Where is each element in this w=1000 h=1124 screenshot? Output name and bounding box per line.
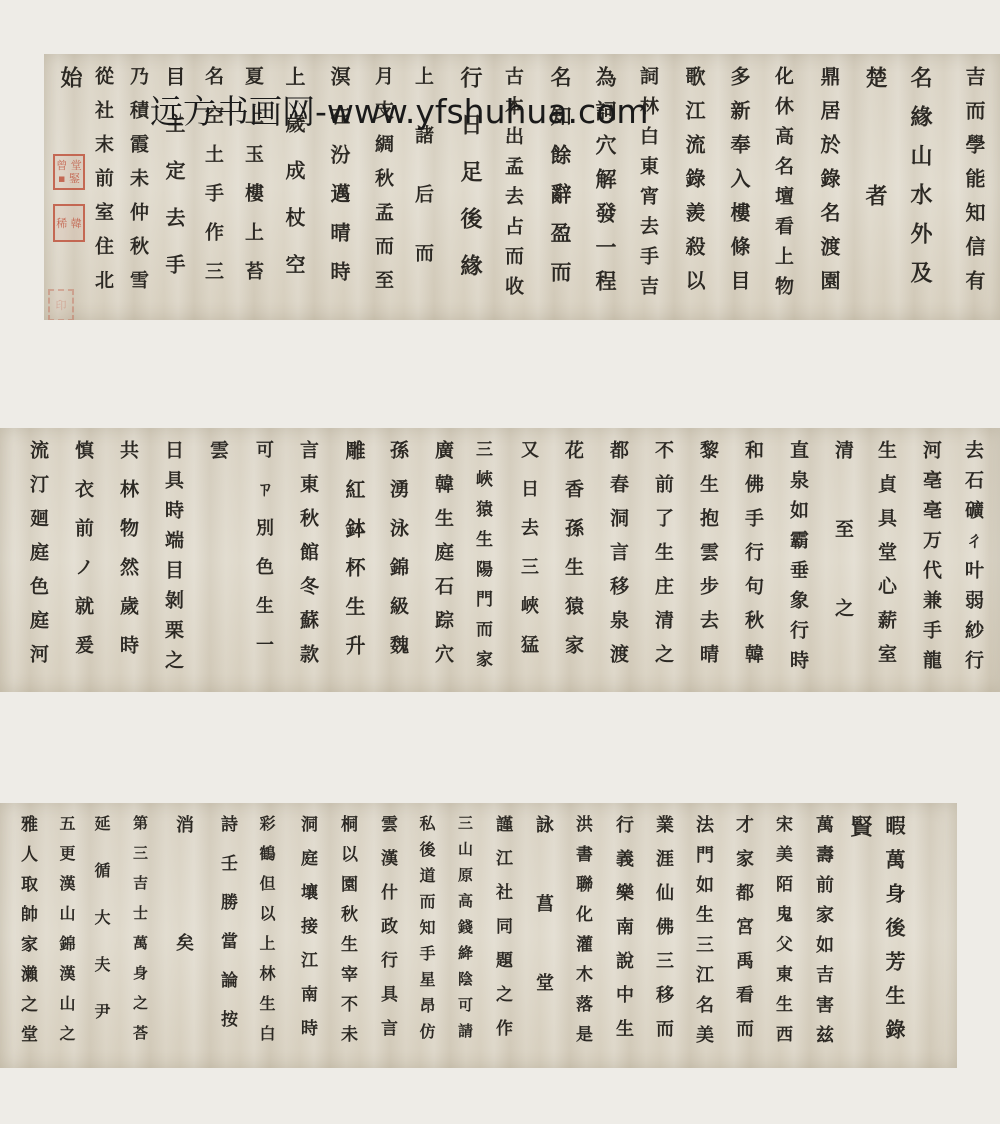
calligraphy-column: 多新奉入樓條目 (725, 66, 754, 304)
calligraphy-column: 謹江社同題之作 (490, 815, 515, 1053)
scroll-section-middle: 去石礦ㄔ叶弱紗行河亳亳万代兼手龍生貞具堂心薪室清至之直泉如霸垂象行時和佛手行句秋… (0, 428, 1000, 692)
seal-stamp: 印 (48, 289, 74, 320)
seal-stamp: 曾 堂 ▪ 鋻 (53, 154, 85, 190)
calligraphy-column: 雅人取帥家瀨之堂 (15, 815, 40, 1055)
calligraphy-column: 消矣 (170, 815, 196, 1051)
calligraphy-column: 可ㄗ別色生一 (250, 440, 276, 674)
calligraphy-column: 賢 (845, 815, 876, 1051)
calligraphy-column: 吉而學能知信有 (960, 66, 989, 304)
watermark-text: 远方书画网-www.yfshuhua.com (150, 86, 649, 133)
calligraphy-column: 詩壬勝當論按 (215, 815, 240, 1049)
calligraphy-column: 法門如生三江名美 (690, 815, 716, 1055)
calligraphy-column: 延循大夫尹 (90, 815, 113, 1050)
calligraphy-column: 孫湧泳錦級魏 (385, 440, 412, 674)
calligraphy-column: 雲漢什政行具言 (375, 815, 400, 1053)
calligraphy-column: 歌江流錄羨殺以 (680, 66, 709, 304)
calligraphy-column: 才家都宮禹看而 (730, 815, 756, 1053)
seal-stamp: 稀 韓 (53, 204, 85, 242)
calligraphy-column: 乃積霞未仲秋雪 (125, 66, 152, 304)
calligraphy-column: 五更漢山錦漢山之 (55, 815, 78, 1055)
calligraphy-column: 私後道而知手星昂仿 (415, 815, 438, 1049)
calligraphy-column: 三山原高錢絳陰可請 (455, 815, 476, 1049)
calligraphy-column: 都春洞言移泉渡 (605, 440, 632, 678)
calligraphy-column: 洪書聯化灌木落是 (570, 815, 595, 1055)
calligraphy-column: 第三吉士萬身之荅 (130, 815, 151, 1055)
calligraphy-column: 和佛手行句秋韓 (740, 440, 767, 678)
calligraphy-column: 廣韓生庭石踪穴 (430, 440, 457, 678)
calligraphy-column: 暇萬身後芳生錄 (880, 815, 909, 1053)
calligraphy-column: 業涯仙佛三移而 (650, 815, 676, 1053)
calligraphy-column: 不前了生庄清之 (650, 440, 677, 678)
calligraphy-column: 三峽猿生陽門而家 (470, 440, 495, 680)
calligraphy-column: 雲 (205, 440, 232, 676)
calligraphy-column: 又日去三峽猛 (515, 440, 541, 674)
scroll-section-bottom: 暇萬身後芳生錄賢萬壽前家如吉害兹宋美陌鬼父東生西才家都宮禹看而法門如生三江名美業… (0, 803, 957, 1068)
calligraphy-column: 雕紅鉢杯生升 (340, 440, 369, 674)
calligraphy-column: 行義樂南說中生 (610, 815, 636, 1053)
calligraphy-column: 言東秋館冬蘇款 (295, 440, 322, 678)
calligraphy-column: 名緣山水外及 (905, 66, 936, 300)
calligraphy-column: 桐以園秋生宰不未 (335, 815, 360, 1055)
calligraphy-column: 萬壽前家如吉害兹 (810, 815, 836, 1055)
calligraphy-column: 楚者 (860, 66, 891, 302)
calligraphy-column: 從社末前室住北 (90, 66, 117, 304)
calligraphy-column: 直泉如霸垂象行時 (785, 440, 812, 680)
calligraphy-column: 化休高名壇看上物 (770, 66, 797, 306)
calligraphy-column: 鼎居於錄名渡園 (815, 66, 844, 304)
calligraphy-column: 生貞具堂心薪室 (873, 440, 900, 678)
calligraphy-column: 慎衣前ノ就爰 (70, 440, 97, 674)
calligraphy-column: 花香孫生猿家 (560, 440, 587, 674)
calligraphy-column: 洞庭壤接江南時 (295, 815, 320, 1053)
calligraphy-column: 黎生抱雲步去晴 (695, 440, 722, 678)
calligraphy-column: 彩鶴但以上林生白 (255, 815, 278, 1055)
calligraphy-column: 日具時端目剝栗之 (160, 440, 187, 680)
calligraphy-column: 詠菖堂 (530, 815, 556, 1052)
calligraphy-column: 宋美陌鬼父東生西 (770, 815, 795, 1055)
calligraphy-column: 清至之 (830, 440, 857, 677)
calligraphy-column: 流汀廻庭色庭河 (25, 440, 52, 678)
calligraphy-column: 河亳亳万代兼手龍 (918, 440, 945, 680)
calligraphy-column: 共林物然歲時 (115, 440, 142, 674)
calligraphy-column: 去石礦ㄔ叶弱紗行 (960, 440, 987, 680)
